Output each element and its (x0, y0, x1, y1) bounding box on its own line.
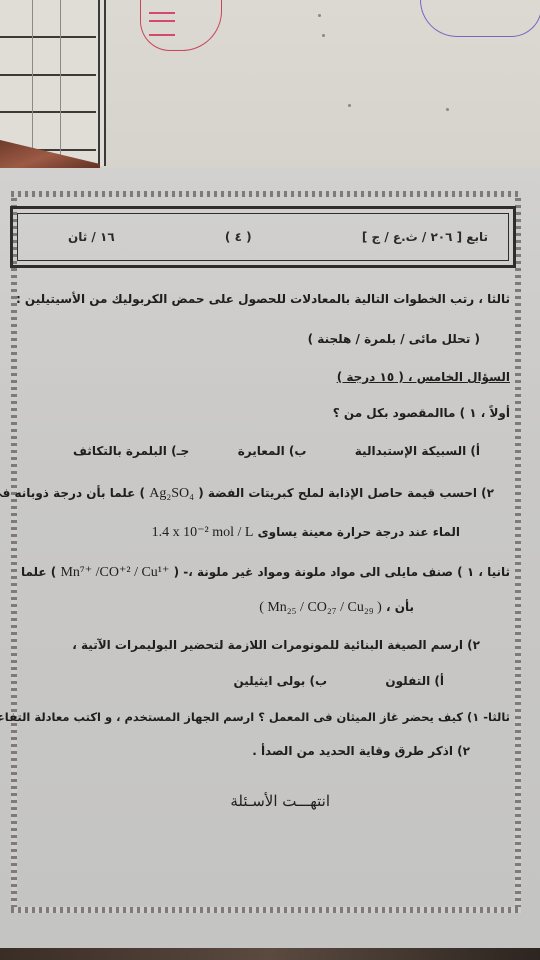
q5-part1-q2-line1: ٢) احسب قيمة حاصل الإذابة لملح كبريتات ا… (0, 486, 494, 502)
q3-prev-prompt: ثالثا ، رتب الخطوات التالية بالمعادلات ل… (16, 292, 510, 306)
answer-grid (0, 0, 106, 166)
q5-part1-q2-line2: الماء عند درجة حرارة معينة يساوى 1.4 x 1… (152, 524, 460, 541)
item-b: ب) المعايرة (238, 444, 307, 458)
table-edge (0, 948, 540, 960)
background-page (0, 0, 540, 170)
header-left-label: ١٦ / ثان (68, 230, 115, 244)
exam-code: تابع [ ٢٠٦ / ث.ع / ج ] (362, 230, 488, 244)
page-header: ١٦ / ثان ( ٤ ) تابع [ ٢٠٦ / ث.ع / ج ] (10, 206, 516, 268)
q3-prev-options: ( تحلل مائى / بلمرة / هلجنة ) (308, 332, 480, 346)
q5-part1-prompt: أولاً ، ١ ) ماالمقصود بكل من ؟ (333, 406, 510, 420)
q5-part1-items: أ) السبيكة الإستبدالية ب) المعايرة جـ) ا… (73, 444, 480, 458)
item-c: جـ) البلمرة بالتكاثف (73, 444, 189, 458)
q5-part2-q2: ٢) ارسم الصيغة البنائية للمونومرات اللاز… (72, 638, 480, 652)
item-a: أ) السبيكة الإستبدالية (355, 444, 480, 458)
elements-list: ( Mn₂₅ / CO₂₇ / Cu₂₉ ) (259, 600, 382, 615)
blue-pen-scribble (420, 0, 540, 37)
q5-part2-q2-items: أ) التفلون ب) بولى ايثيلين (233, 674, 444, 688)
red-pen-scribble (140, 0, 222, 51)
q5-title: السؤال الخامس ، ( ١٥ درجة ) (337, 370, 510, 384)
solubility-value: 1.4 x 10⁻² mol / L (152, 525, 254, 540)
item-teflon: أ) التفلون (385, 674, 444, 688)
ions-list: Mn⁷⁺ /CO⁺² / Cu¹⁺ (60, 565, 169, 580)
q5-part3-q2: ٢) اذكر طرق وقاية الحديد من الصدأ . (252, 744, 470, 758)
page-number: ( ٤ ) (225, 230, 252, 244)
end-of-questions: انتهـــت الأسـئلة (230, 792, 330, 810)
q5-part2-q1-line1: ثانيا ، ١ ) صنف مايلى الى مواد ملونة ومو… (21, 564, 510, 581)
q5-part2-q1-line2: بأن ، ( Mn₂₅ / CO₂₇ / Cu₂₉ ) (259, 600, 414, 616)
formula-ag2so4: Ag₂SO₄ (149, 486, 194, 501)
q5-part3-q1: ثالثا- ١) كيف يحضر غاز الميثان فى المعمل… (0, 710, 510, 724)
item-polyethylene: ب) بولى ايثيلين (233, 674, 327, 688)
exam-page: ١٦ / ثان ( ٤ ) تابع [ ٢٠٦ / ث.ع / ج ] ثا… (0, 168, 540, 948)
